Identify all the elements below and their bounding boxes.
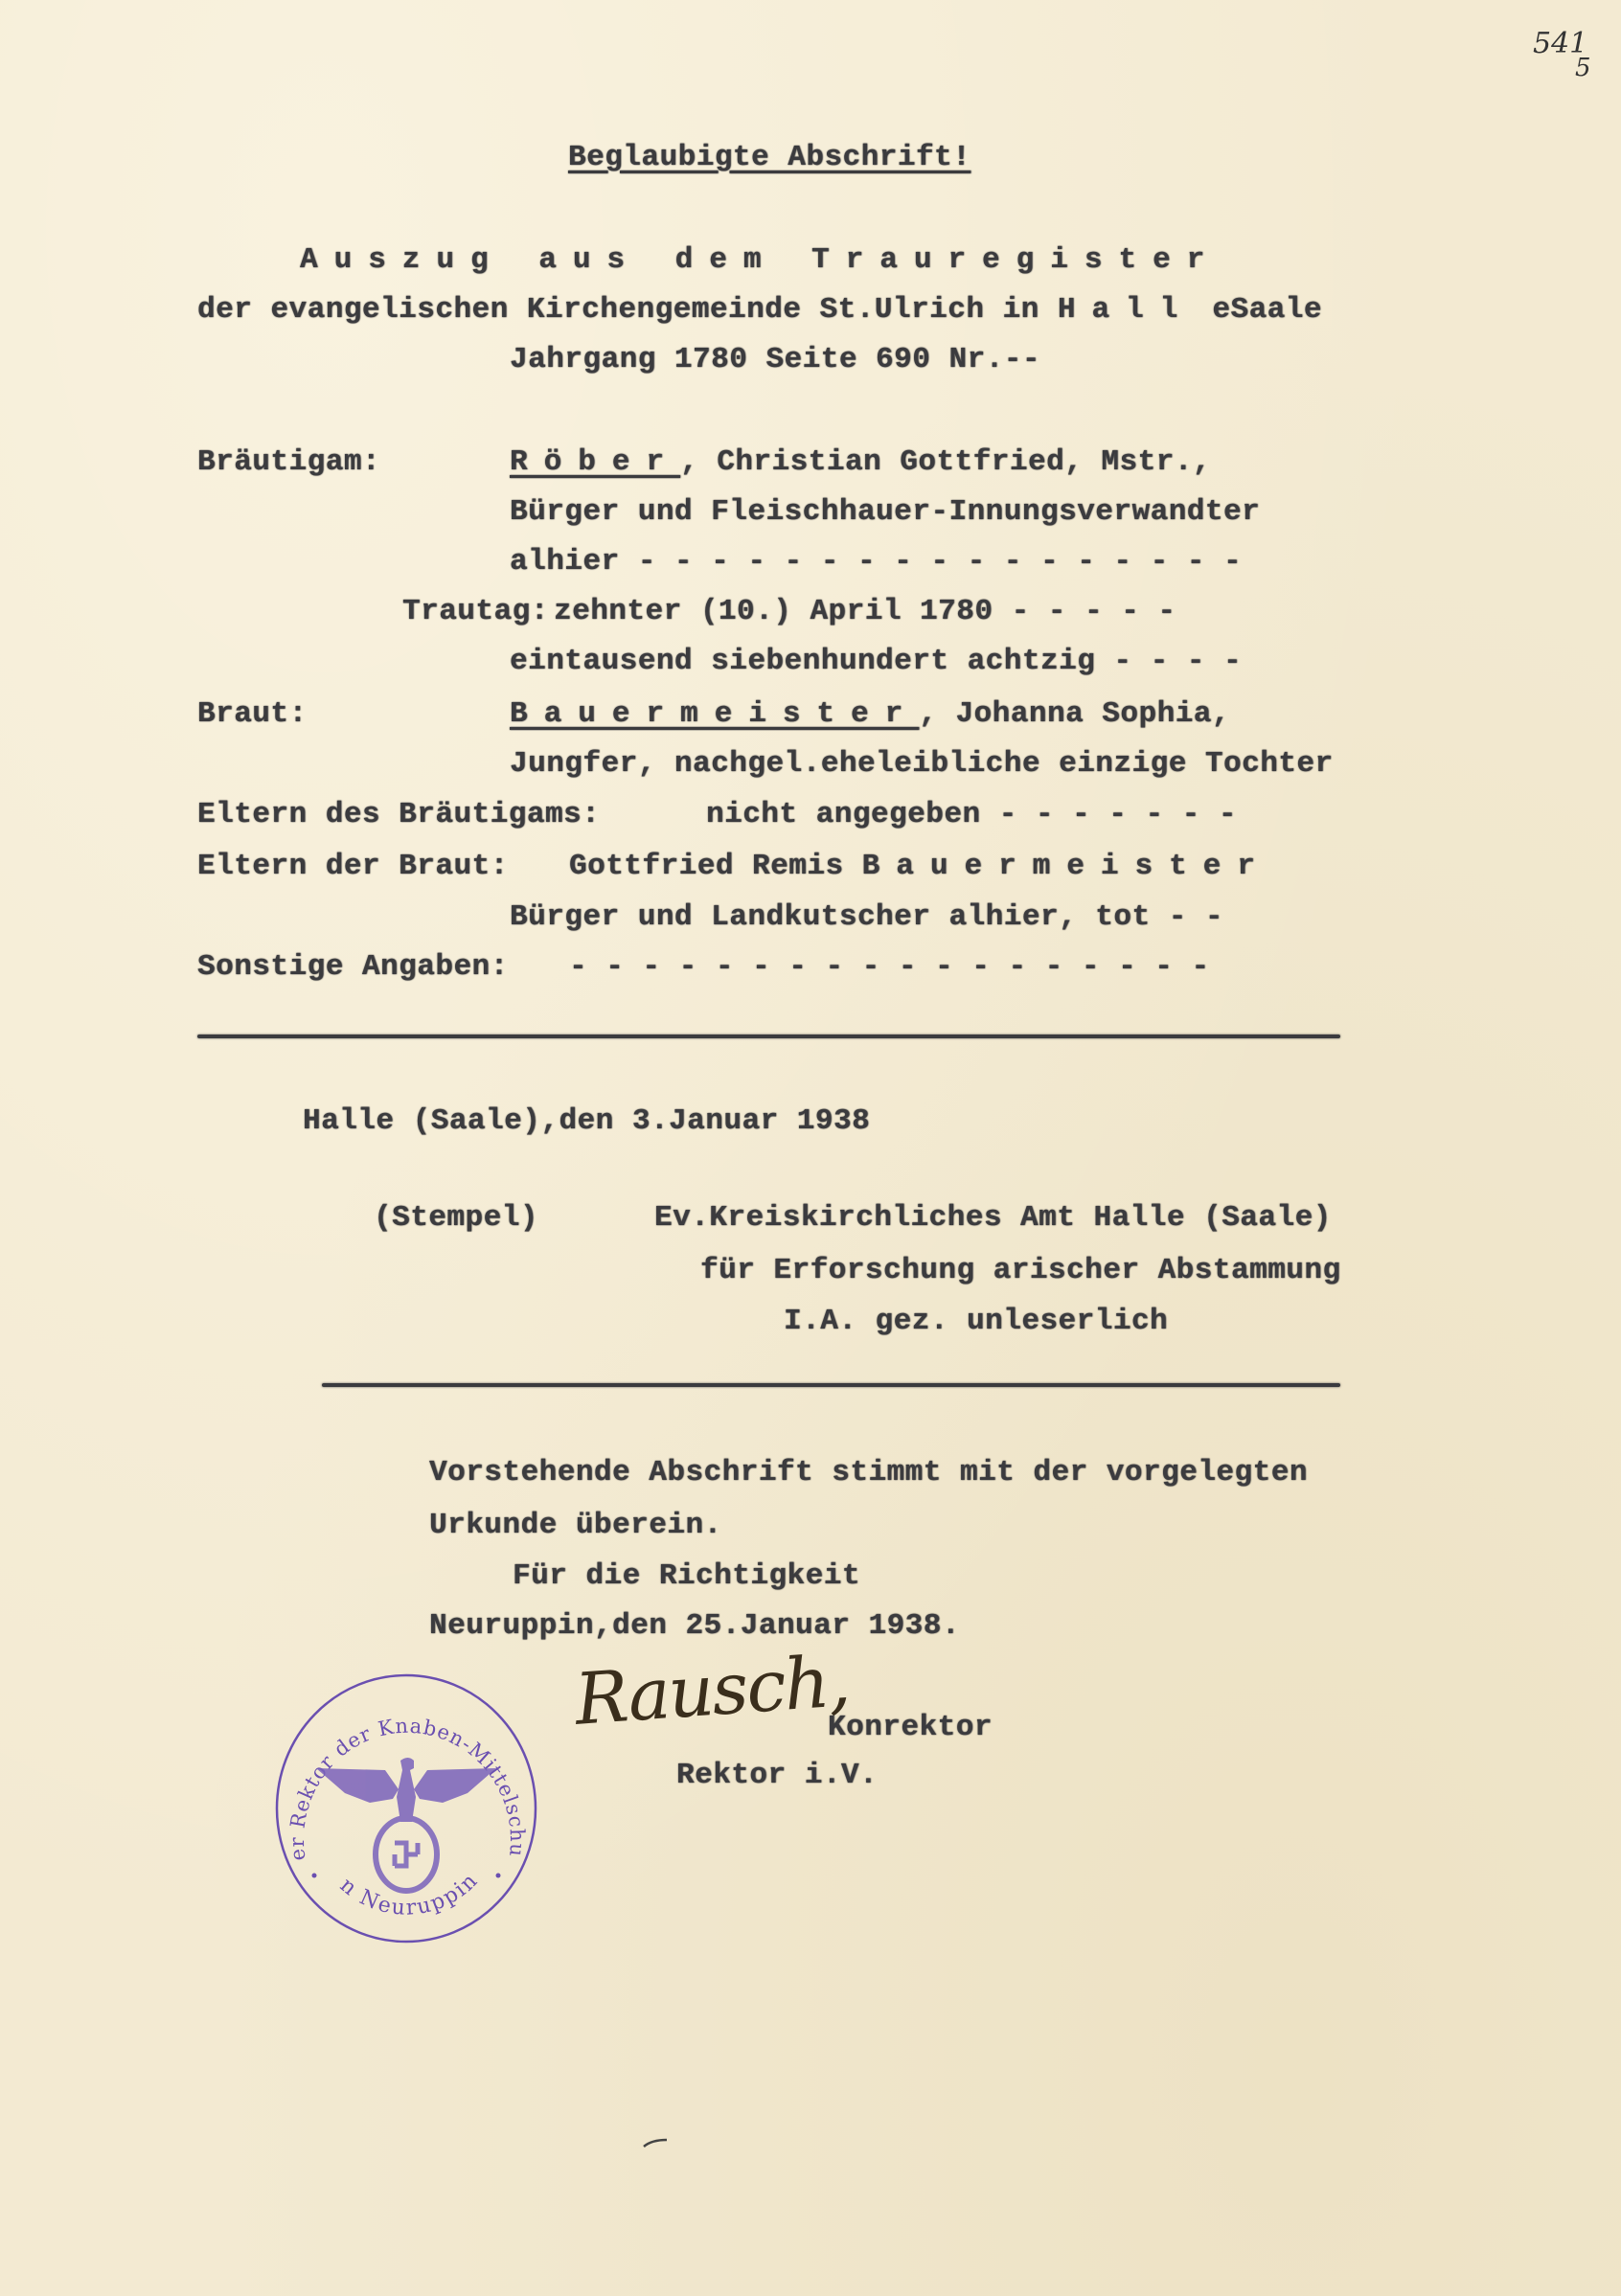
bride-line-2: Jungfer, nachgel.eheleibliche einzige To… (510, 747, 1334, 782)
title-line-2-post: eSaale (1194, 293, 1322, 327)
office-line-3: I.A. gez. unleserlich (784, 1305, 1168, 1339)
divider-1 (197, 1034, 1340, 1038)
bride-parents-label: Eltern der Braut: (197, 850, 509, 884)
office-line-2: für Erforschung arischer Abstammung (700, 1254, 1341, 1288)
certification-line-1: Vorstehende Abschrift stimmt mit der vor… (429, 1456, 1308, 1490)
bride-line-1: Bauermeister, Johanna Sophia, (510, 697, 1230, 732)
wedding-year-words: eintausend siebenhundert achtzig - - - - (510, 645, 1242, 679)
issue-place-date: Halle (Saale),den 3.Januar 1938 (303, 1104, 870, 1139)
bride-parents-names: Gottfried Remis (569, 850, 862, 883)
folio-sub: 5 (1575, 54, 1591, 82)
stamp-top-text: Der Rektor der Knaben-Mittelschule (270, 1672, 529, 1862)
groom-parents-label: Eltern des Bräutigams: (197, 798, 600, 832)
document-page: 541 5 Beglaubigte Abschrift! Auszug aus … (0, 0, 1621, 2296)
signer-title-1: Konrektor (828, 1711, 993, 1745)
certification-place-date: Neuruppin,den 25.Januar 1938. (429, 1609, 960, 1644)
groom-line-3: alhier - - - - - - - - - - - - - - - - - (510, 545, 1242, 580)
title-line-2: der evangelischen Kirchengemeinde St.Ulr… (197, 293, 1322, 328)
groom-line-1: Röber, Christian Gottfried, Mstr., (510, 445, 1211, 480)
ink-mark (642, 2138, 671, 2148)
other-info-value: - - - - - - - - - - - - - - - - - - (569, 950, 1210, 985)
bride-surname: Bauermeister (510, 697, 919, 731)
wedding-day-label: Trautag: (402, 595, 549, 629)
bride-line-1-rest: , Johanna Sophia, (919, 697, 1230, 731)
title-line-3: Jahrgang 1780 Seite 690 Nr.-- (510, 343, 1040, 377)
official-stamp-icon: Der Rektor der Knaben-Mittelschule in Ne… (270, 1672, 542, 1944)
title-line-1: Auszug aus dem Trauregister (300, 243, 1221, 278)
certification-line-2: Urkunde überein. (429, 1509, 722, 1543)
divider-2 (322, 1383, 1340, 1387)
bride-parents-value: Gottfried Remis Bauermeister (569, 850, 1271, 884)
certification-line-3: Für die Richtigkeit (513, 1559, 860, 1594)
title-line-2-pre: der evangelischen Kirchengemeinde St.Ulr… (197, 293, 1058, 327)
groom-parents-value: nicht angegeben - - - - - - - (706, 798, 1237, 832)
groom-line-2: Bürger und Fleischhauer-Innungsverwandte… (510, 495, 1260, 530)
document-heading: Beglaubigte Abschrift! (568, 141, 970, 175)
groom-label: Bräutigam: (197, 445, 380, 480)
wedding-day-value: zehnter (10.) April 1780 - - - - - (554, 595, 1176, 629)
signer-title-2: Rektor i.V. (676, 1759, 878, 1793)
groom-surname: Röber (510, 445, 680, 479)
other-info-label: Sonstige Angaben: (197, 950, 509, 985)
bride-parents-surname: Bauermeister (862, 850, 1271, 883)
handwritten-signature: Rausch, (572, 1640, 851, 1741)
title-city: Hall (1058, 293, 1194, 327)
bride-parents-line-2: Bürger und Landkutscher alhier, tot - - (510, 900, 1223, 935)
svg-text:Der Rektor der Knaben-Mittelsc: Der Rektor der Knaben-Mittelschule (270, 1672, 529, 1862)
groom-line-1-rest: , Christian Gottfried, Mstr., (680, 445, 1211, 479)
bride-label: Braut: (197, 697, 308, 732)
stamp-note: (Stempel) (374, 1201, 538, 1236)
office-line-1: Ev.Kreiskirchliches Amt Halle (Saale) (654, 1201, 1332, 1236)
folio-number: 541 5 (1533, 27, 1587, 60)
